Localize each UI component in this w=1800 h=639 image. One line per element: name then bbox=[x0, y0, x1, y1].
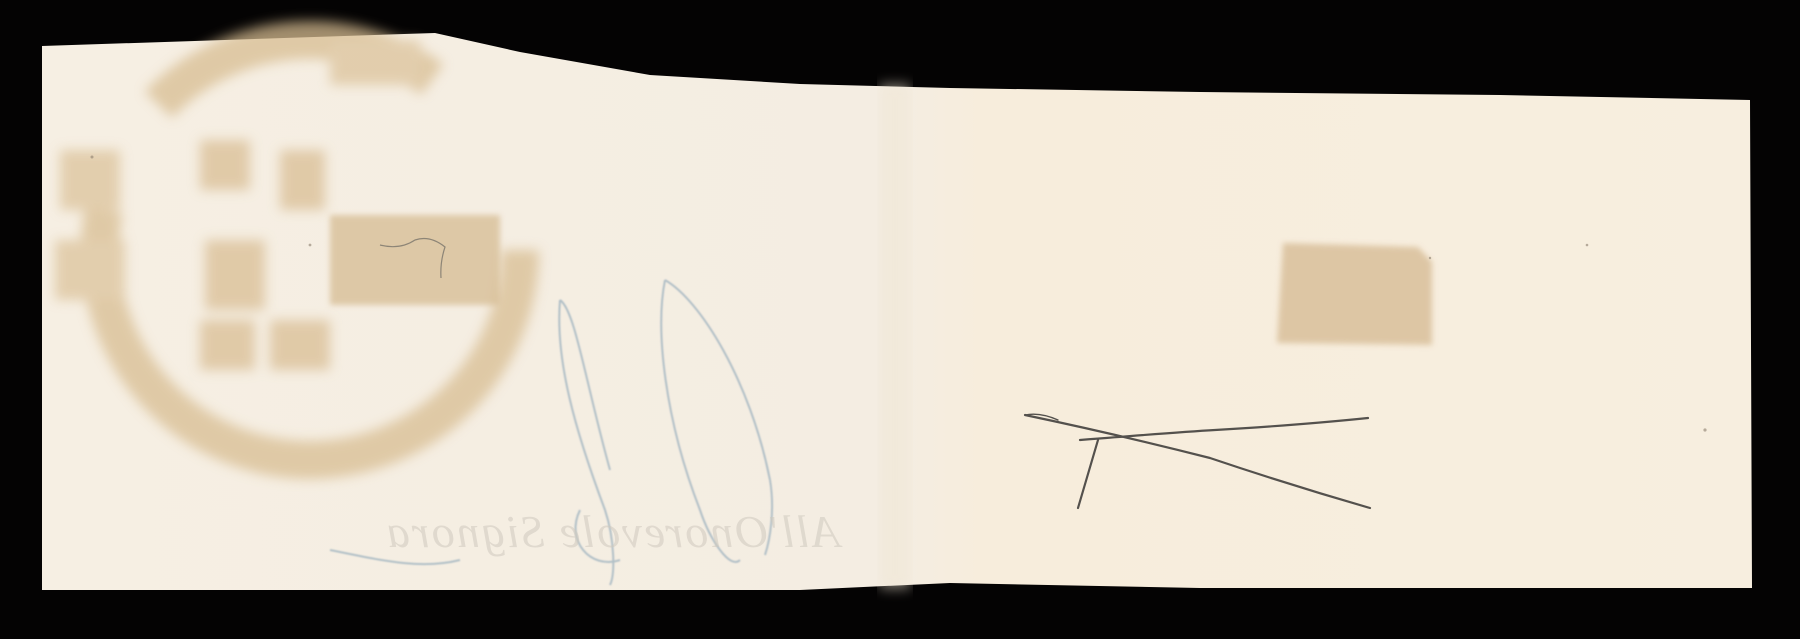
hinge-left bbox=[330, 215, 500, 305]
hinge-right bbox=[1277, 243, 1432, 345]
mirrored-address-text: All'Onorevole Signora bbox=[200, 505, 840, 558]
